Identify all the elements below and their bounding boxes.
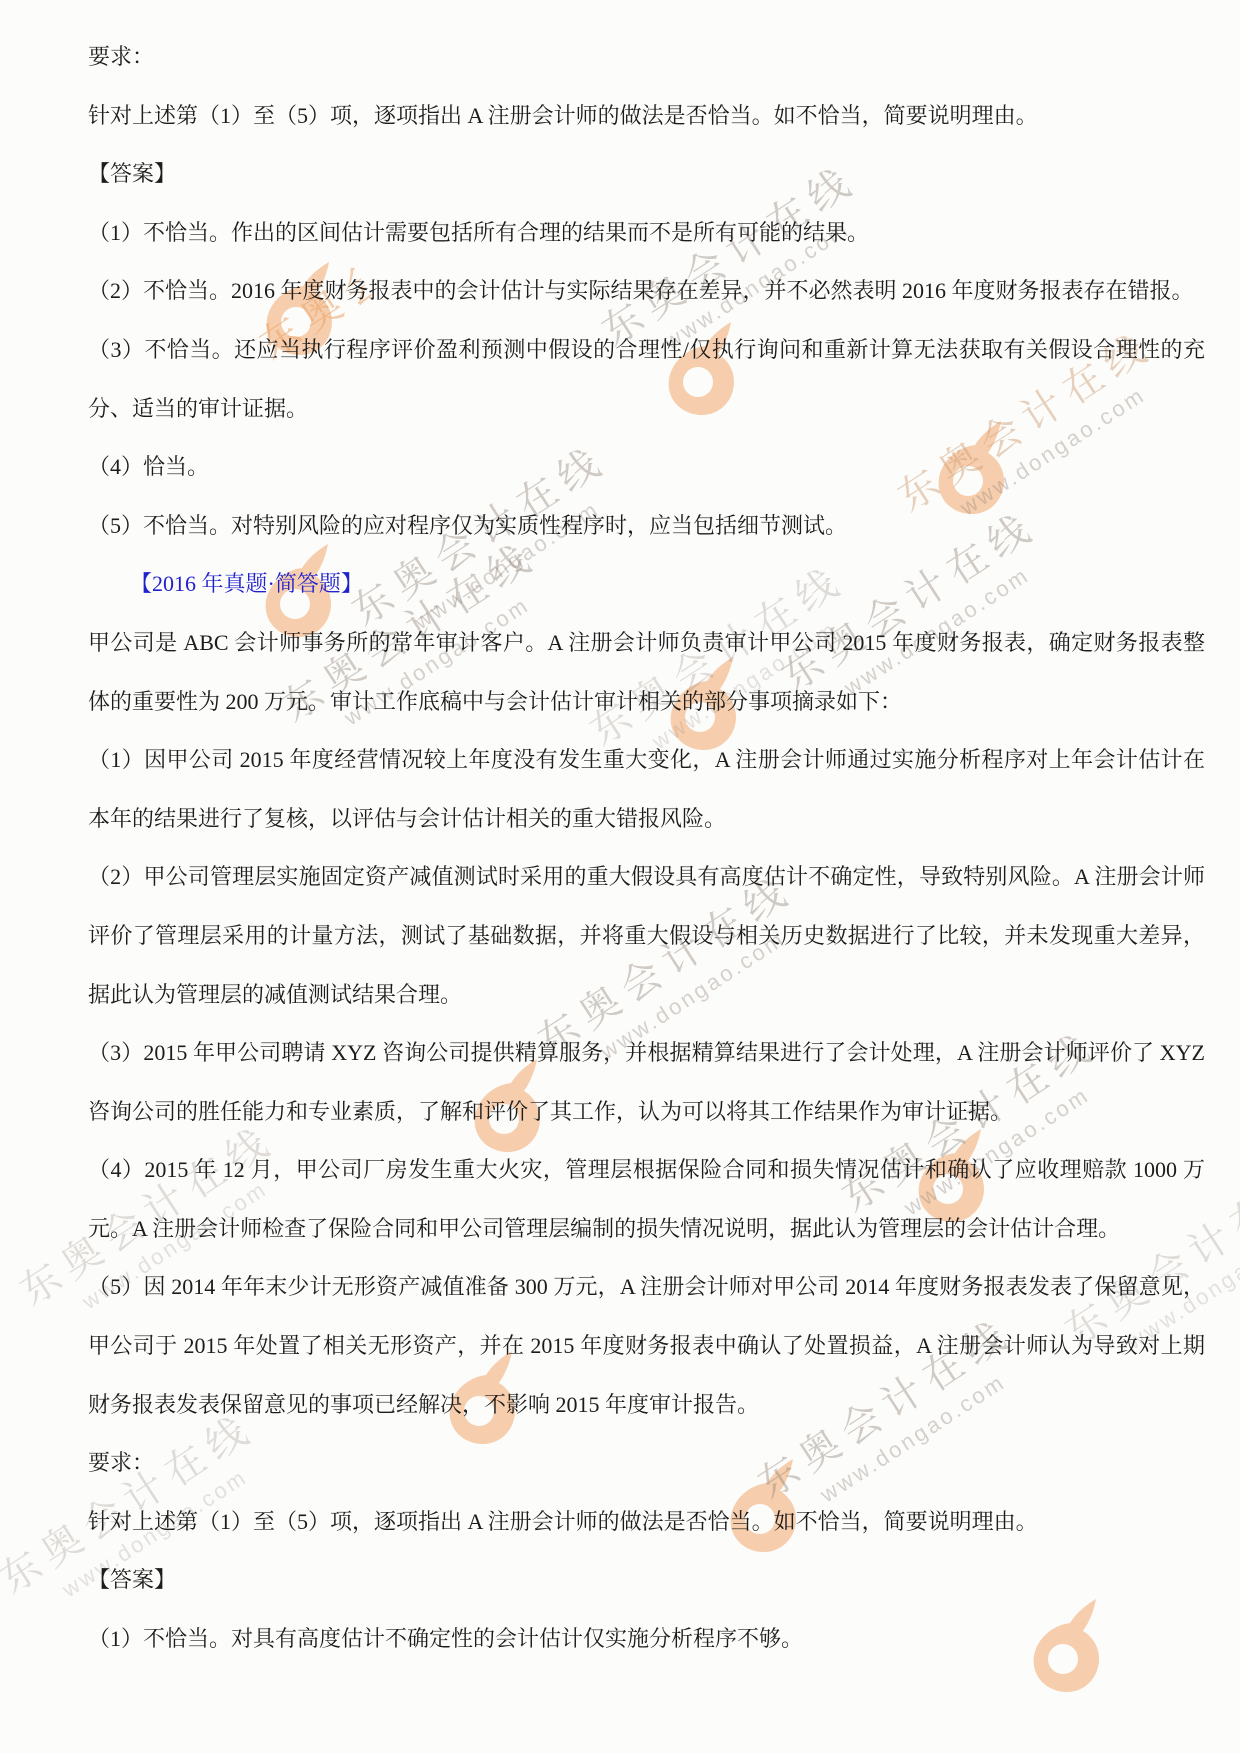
answer-item-5: （5）不恰当。对特别风险的应对程序仅为实质性程序时，应当包括细节测试。 bbox=[88, 497, 1205, 556]
answer-header: 【答案】 bbox=[88, 145, 1205, 204]
requirements-text-2: 针对上述第（1）至（5）项，逐项指出 A 注册会计师的做法是否恰当。如不恰当，简… bbox=[88, 1493, 1205, 1552]
answer2-item-1: （1）不恰当。对具有高度估计不确定性的会计估计仅实施分析程序不够。 bbox=[88, 1610, 1205, 1669]
question-item-3: （3）2015 年甲公司聘请 XYZ 咨询公司提供精算服务，并根据精算结果进行了… bbox=[88, 1024, 1205, 1141]
answer-item-3: （3）不恰当。还应当执行程序评价盈利预测中假设的合理性/仅执行询问和重新计算无法… bbox=[88, 321, 1205, 438]
question-item-5: （5）因 2014 年年末少计无形资产减值准备 300 万元，A 注册会计师对甲… bbox=[88, 1258, 1205, 1434]
question-item-2: （2）甲公司管理层实施固定资产减值测试时采用的重大假设具有高度估计不确定性，导致… bbox=[88, 848, 1205, 1024]
question-intro: 甲公司是 ABC 会计师事务所的常年审计客户。A 注册会计师负责审计甲公司 20… bbox=[88, 614, 1205, 731]
requirements-text: 针对上述第（1）至（5）项，逐项指出 A 注册会计师的做法是否恰当。如不恰当，简… bbox=[88, 87, 1205, 146]
requirements-label: 要求： bbox=[88, 28, 1205, 87]
question-item-1: （1）因甲公司 2015 年度经营情况较上年度没有发生重大变化，A 注册会计师通… bbox=[88, 731, 1205, 848]
answer-item-1: （1）不恰当。作出的区间估计需要包括所有合理的结果而不是所有可能的结果。 bbox=[88, 204, 1205, 263]
document-page: 东奥会计在线www.dongao.com东奥会计在线www.dongao.com… bbox=[0, 0, 1240, 1753]
requirements-label-2: 要求： bbox=[88, 1434, 1205, 1493]
question-header-2016: 【2016 年真题·简答题】 bbox=[88, 555, 1205, 614]
answer-header-2: 【答案】 bbox=[88, 1551, 1205, 1610]
question-item-4: （4）2015 年 12 月，甲公司厂房发生重大火灾，管理层根据保险合同和损失情… bbox=[88, 1141, 1205, 1258]
answer-item-4: （4）恰当。 bbox=[88, 438, 1205, 497]
document-body: 要求： 针对上述第（1）至（5）项，逐项指出 A 注册会计师的做法是否恰当。如不… bbox=[88, 28, 1205, 1669]
answer-item-2: （2）不恰当。2016 年度财务报表中的会计估计与实际结果存在差异，并不必然表明… bbox=[88, 262, 1205, 321]
